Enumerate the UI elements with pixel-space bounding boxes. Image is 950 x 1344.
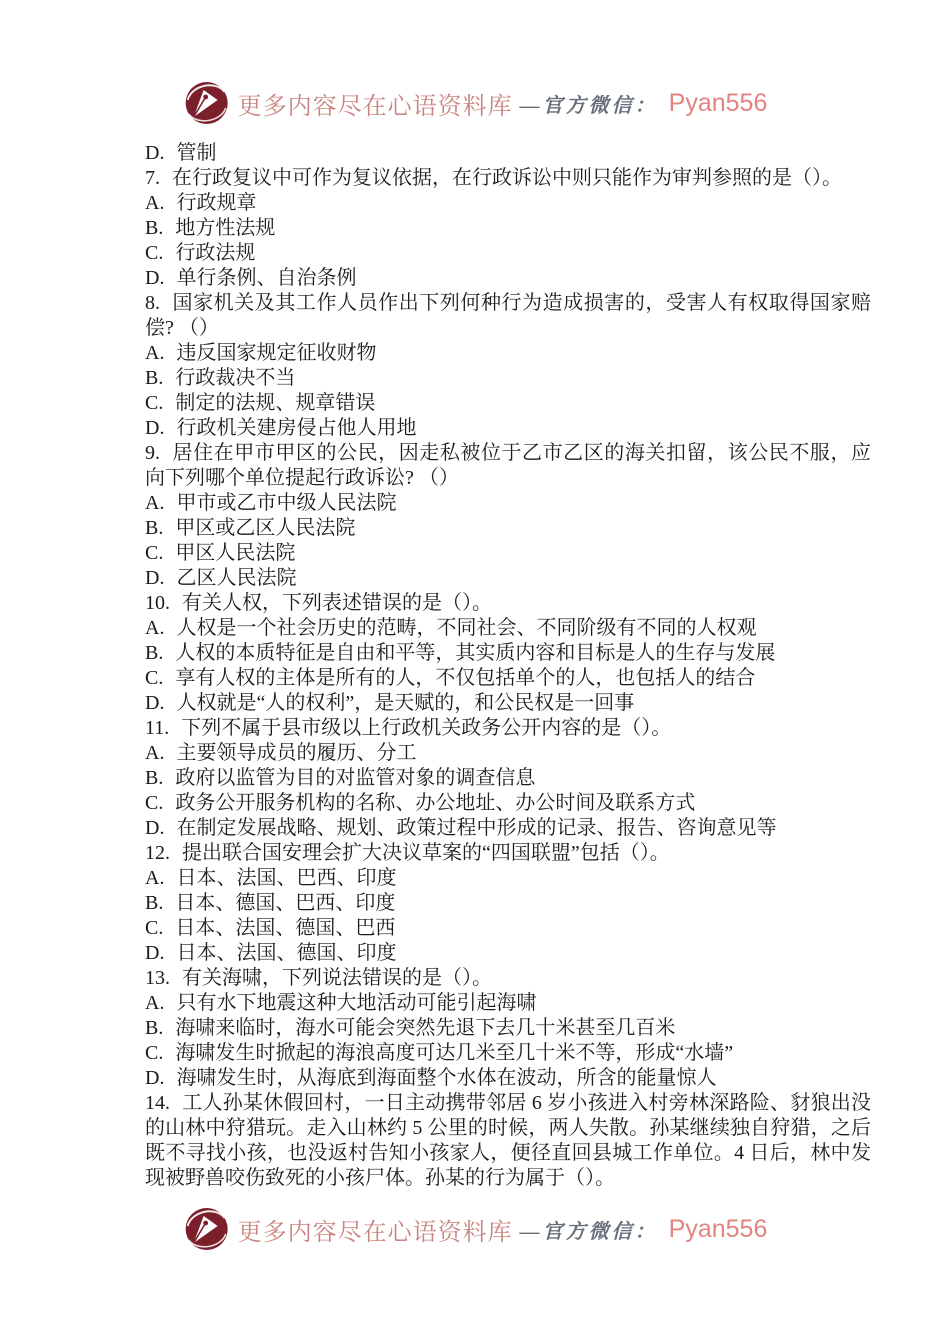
- option-line: D.乙区人民法院: [145, 566, 871, 591]
- option-label: C.: [145, 667, 163, 689]
- option-text: 行政规章: [176, 192, 256, 214]
- question-stem: 10.有关人权，下列表述错误的是（）。: [145, 591, 871, 616]
- option-label: D.: [145, 267, 164, 289]
- option-line: B.甲区或乙区人民法院: [145, 516, 871, 541]
- question-number: 13.: [145, 967, 170, 989]
- question-stem: 14.工人孙某休假回村，一日主动携带邻居 6 岁小孩进入村旁林深路险、豺狼出没的…: [145, 1091, 871, 1191]
- option-line: A.只有水下地震这种大地活动可能引起海啸: [145, 991, 871, 1016]
- question-stem: 11.下列不属于县市级以上行政机关政务公开内容的是（）。: [145, 716, 871, 741]
- option-label: B.: [145, 767, 163, 789]
- option-text: 海啸发生时掀起的海浪高度可达几米至几十米不等，形成“水墙”: [175, 1042, 733, 1064]
- wechat-label: —官方微信：: [520, 89, 658, 118]
- option-label: B.: [145, 642, 163, 664]
- question-stem: 12.提出联合国安理会扩大决议草案的“四国联盟”包括（）。: [145, 841, 871, 866]
- option-line: C.制定的法规、规章错误: [145, 391, 871, 416]
- option-label: A.: [145, 192, 164, 214]
- option-text: 人权的本质特征是自由和平等，其实质内容和目标是人的生存与发展: [175, 642, 775, 664]
- question-number: 7.: [145, 167, 160, 189]
- question-number: 12.: [145, 842, 170, 864]
- option-label: D.: [145, 692, 164, 714]
- option-text: 单行条例、自治条例: [176, 267, 356, 289]
- option-label: D.: [145, 417, 164, 439]
- option-line: D.日本、法国、德国、印度: [145, 941, 871, 966]
- option-line: A.违反国家规定征收财物: [145, 341, 871, 366]
- option-text: 政务公开服务机构的名称、办公地址、办公时间及联系方式: [175, 792, 695, 814]
- option-label: C.: [145, 392, 163, 414]
- option-label: B.: [145, 367, 163, 389]
- option-text: 政府以监管为目的对监管对象的调查信息: [175, 767, 535, 789]
- option-line: C.政务公开服务机构的名称、办公地址、办公时间及联系方式: [145, 791, 871, 816]
- question-stem: 7.在行政复议中可作为复议依据，在行政诉讼中则只能作为审判参照的是（）。: [145, 166, 871, 191]
- option-text: 日本、法国、巴西、印度: [176, 867, 396, 889]
- question-number: 8.: [145, 292, 160, 314]
- option-line: B.行政裁决不当: [145, 366, 871, 391]
- option-line: A.日本、法国、巴西、印度: [145, 866, 871, 891]
- question-text: 工人孙某休假回村，一日主动携带邻居 6 岁小孩进入村旁林深路险、豺狼出没的山林中…: [145, 1092, 871, 1189]
- document-body: D.管制 7.在行政复议中可作为复议依据，在行政诉讼中则只能作为审判参照的是（）…: [145, 141, 871, 1191]
- option-label: A.: [145, 867, 164, 889]
- option-line: A.甲市或乙市中级人民法院: [145, 491, 871, 516]
- option-text: 海啸发生时，从海底到海面整个水体在波动，所含的能量惊人: [176, 1067, 716, 1089]
- option-text: 管制: [176, 142, 216, 164]
- option-text: 乙区人民法院: [176, 567, 296, 589]
- option-label: B.: [145, 517, 163, 539]
- question-text: 下列不属于县市级以上行政机关政务公开内容的是（）。: [181, 717, 671, 739]
- option-text: 甲区或乙区人民法院: [175, 517, 355, 539]
- option-label: D.: [145, 1067, 164, 1089]
- option-line: C.海啸发生时掀起的海浪高度可达几米至几十米不等，形成“水墙”: [145, 1041, 871, 1066]
- option-label: A.: [145, 742, 164, 764]
- watermark-banner-top: 更多内容尽在心语资料库 —官方微信： Pyan556: [183, 79, 768, 127]
- option-line: D.在制定发展战略、规划、政策过程中形成的记录、报告、咨询意见等: [145, 816, 871, 841]
- question-stem: 13.有关海啸，下列说法错误的是（）。: [145, 966, 871, 991]
- option-line: A.主要领导成员的履历、分工: [145, 741, 871, 766]
- option-text: 主要领导成员的履历、分工: [176, 742, 416, 764]
- option-text: 行政机关建房侵占他人用地: [176, 417, 416, 439]
- document-page: 更多内容尽在心语资料库 —官方微信： Pyan556 D.管制 7.在行政复议中…: [0, 0, 950, 1344]
- option-label: B.: [145, 217, 163, 239]
- question-stem: 9.居住在甲市甲区的公民，因走私被位于乙市乙区的海关扣留，该公民不服，应向下列哪…: [145, 441, 871, 491]
- option-label: C.: [145, 917, 163, 939]
- option-line: B.人权的本质特征是自由和平等，其实质内容和目标是人的生存与发展: [145, 641, 871, 666]
- option-label: A.: [145, 992, 164, 1014]
- watermark-main-text: 更多内容尽在心语资料库: [238, 86, 513, 121]
- question-text: 提出联合国安理会扩大决议草案的“四国联盟”包括（）。: [182, 842, 670, 864]
- option-label: A.: [145, 342, 164, 364]
- wechat-label: —官方微信：: [520, 1215, 658, 1244]
- option-text: 在制定发展战略、规划、政策过程中形成的记录、报告、咨询意见等: [176, 817, 776, 839]
- option-line: C.甲区人民法院: [145, 541, 871, 566]
- pen-nib-logo-icon: [183, 79, 231, 127]
- option-line: D.单行条例、自治条例: [145, 266, 871, 291]
- option-text: 违反国家规定征收财物: [176, 342, 376, 364]
- question-number: 11.: [145, 717, 169, 739]
- option-label: D.: [145, 942, 164, 964]
- question-stem: 8.国家机关及其工作人员作出下列何种行为造成损害的，受害人有权取得国家赔偿? （…: [145, 291, 871, 341]
- option-text: 只有水下地震这种大地活动可能引起海啸: [176, 992, 536, 1014]
- option-label: C.: [145, 242, 163, 264]
- option-line: D.海啸发生时，从海底到海面整个水体在波动，所含的能量惊人: [145, 1066, 871, 1091]
- option-text: 人权是一个社会历史的范畴，不同社会、不同阶级有不同的人权观: [176, 617, 756, 639]
- option-text: 行政裁决不当: [175, 367, 295, 389]
- option-label: D.: [145, 817, 164, 839]
- option-label: D.: [145, 567, 164, 589]
- option-text: 制定的法规、规章错误: [175, 392, 375, 414]
- option-text: 地方性法规: [175, 217, 275, 239]
- wechat-id: Pyan556: [669, 89, 768, 118]
- question-text: 居住在甲市甲区的公民，因走私被位于乙市乙区的海关扣留，该公民不服，应向下列哪个单…: [145, 442, 871, 489]
- option-text: 日本、法国、德国、印度: [176, 942, 396, 964]
- option-label: A.: [145, 492, 164, 514]
- watermark-main-text: 更多内容尽在心语资料库: [238, 1212, 513, 1247]
- option-line: C.行政法规: [145, 241, 871, 266]
- option-label: B.: [145, 1017, 163, 1039]
- question-number: 10.: [145, 592, 170, 614]
- option-text: 甲区人民法院: [175, 542, 295, 564]
- option-label: C.: [145, 792, 163, 814]
- option-line: B.地方性法规: [145, 216, 871, 241]
- option-text: 人权就是“人的权利”，是天赋的，和公民权是一回事: [176, 692, 634, 714]
- wechat-id: Pyan556: [669, 1215, 768, 1244]
- option-line: B.海啸来临时，海水可能会突然先退下去几十米甚至几百米: [145, 1016, 871, 1041]
- pen-nib-logo-icon: [183, 1205, 231, 1253]
- option-line: A.人权是一个社会历史的范畴，不同社会、不同阶级有不同的人权观: [145, 616, 871, 641]
- option-line: B.日本、德国、巴西、印度: [145, 891, 871, 916]
- option-text: 甲市或乙市中级人民法院: [176, 492, 396, 514]
- question-text: 有关人权，下列表述错误的是（）。: [182, 592, 492, 614]
- option-line: C.日本、法国、德国、巴西: [145, 916, 871, 941]
- question-text: 在行政复议中可作为复议依据，在行政诉讼中则只能作为审判参照的是（）。: [172, 167, 842, 189]
- option-label: D.: [145, 142, 164, 164]
- option-text: 行政法规: [175, 242, 255, 264]
- option-text: 海啸来临时，海水可能会突然先退下去几十米甚至几百米: [175, 1017, 675, 1039]
- question-number: 14.: [145, 1092, 170, 1114]
- option-label: C.: [145, 542, 163, 564]
- question-number: 9.: [145, 442, 160, 464]
- option-line: A.行政规章: [145, 191, 871, 216]
- watermark-banner-bottom: 更多内容尽在心语资料库 —官方微信： Pyan556: [183, 1205, 768, 1253]
- option-text: 日本、法国、德国、巴西: [175, 917, 395, 939]
- option-line: D.行政机关建房侵占他人用地: [145, 416, 871, 441]
- question-text: 国家机关及其工作人员作出下列何种行为造成损害的，受害人有权取得国家赔偿? （）: [145, 292, 871, 339]
- option-line: B.政府以监管为目的对监管对象的调查信息: [145, 766, 871, 791]
- question-text: 有关海啸，下列说法错误的是（）。: [182, 967, 492, 989]
- option-text: 享有人权的主体是所有的人，不仅包括单个的人，也包括人的结合: [175, 667, 755, 689]
- orphan-option-line: D.管制: [145, 141, 871, 166]
- option-line: C.享有人权的主体是所有的人，不仅包括单个的人，也包括人的结合: [145, 666, 871, 691]
- option-line: D.人权就是“人的权利”，是天赋的，和公民权是一回事: [145, 691, 871, 716]
- option-label: C.: [145, 1042, 163, 1064]
- option-text: 日本、德国、巴西、印度: [175, 892, 395, 914]
- option-label: B.: [145, 892, 163, 914]
- option-label: A.: [145, 617, 164, 639]
